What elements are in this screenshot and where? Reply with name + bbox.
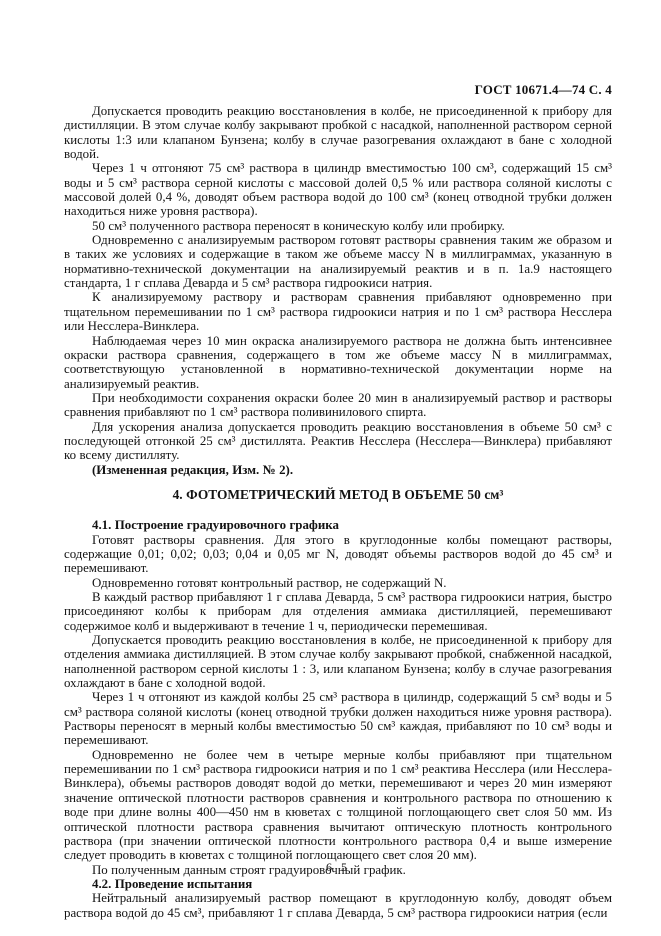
amendment-note: (Измененная редакция, Изм. № 2).: [64, 463, 612, 477]
paragraph: При необходимости сохранения окраски бол…: [64, 391, 612, 420]
section-heading: 4. ФОТОМЕТРИЧЕСКИЙ МЕТОД В ОБЪЕМЕ 50 см³: [64, 488, 612, 502]
document-page: ГОСТ 10671.4—74 С. 4 Допускается проводи…: [0, 0, 661, 936]
paragraph: В каждый раствор прибавляют 1 г сплава Д…: [64, 590, 612, 633]
subsection-heading: 4.2. Проведение испытания: [64, 877, 612, 891]
running-header: ГОСТ 10671.4—74 С. 4: [64, 82, 612, 98]
page-number: 6 5: [64, 860, 612, 875]
subsection-heading: 4.1. Построение градуировочного графика: [64, 518, 612, 532]
paragraph: Одновременно готовят контрольный раствор…: [64, 576, 612, 590]
paragraph: Одновременно с анализируемым раствором г…: [64, 233, 612, 290]
paragraph: Допускается проводить реакцию восстановл…: [64, 633, 612, 690]
paragraph: Одновременно не более чем в четыре мерны…: [64, 748, 612, 863]
document-body: Допускается проводить реакцию восстановл…: [64, 104, 612, 920]
paragraph: Готовят растворы сравнения. Для этого в …: [64, 533, 612, 576]
paragraph: Нейтральный анализируемый раствор помеща…: [64, 891, 612, 920]
paragraph: К анализируемому раствору и растворам ср…: [64, 290, 612, 333]
paragraph: Для ускорения анализа допускается провод…: [64, 420, 612, 463]
paragraph: Наблюдаемая через 10 мин окраска анализи…: [64, 334, 612, 391]
paragraph: 50 см³ полученного раствора переносят в …: [64, 219, 612, 233]
paragraph: Через 1 ч отгоняют 75 см³ раствора в цил…: [64, 161, 612, 218]
paragraph: Через 1 ч отгоняют из каждой колбы 25 см…: [64, 690, 612, 747]
paragraph: Допускается проводить реакцию восстановл…: [64, 104, 612, 161]
